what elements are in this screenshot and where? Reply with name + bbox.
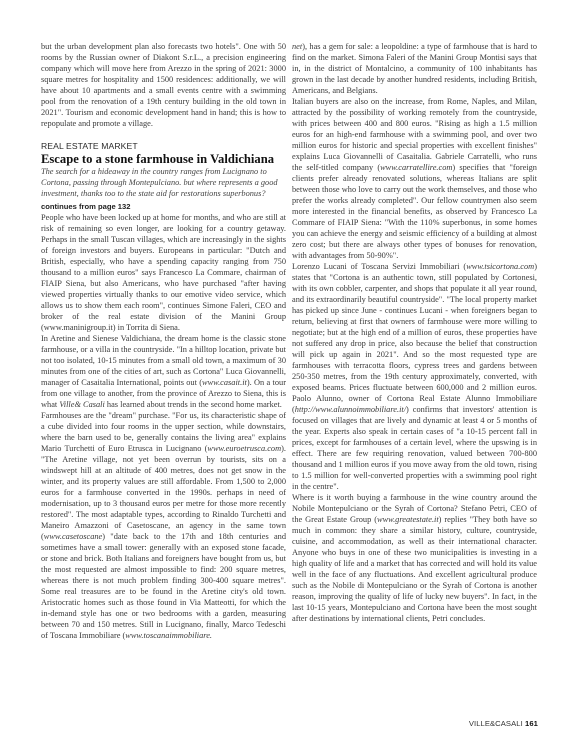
body-paragraph: net), has a gem for sale: a leopoldine: …	[292, 41, 537, 96]
article-headline: Escape to a stone farmhouse in Valdichia…	[41, 152, 286, 166]
body-paragraph: Farmhouses are the "dream" purchase. "Fo…	[41, 410, 286, 641]
body-paragraph: In Aretine and Sienese Valdichiana, the …	[41, 333, 286, 410]
website-link[interactable]: www.casetoscane	[44, 532, 102, 541]
website-link[interactable]: net	[292, 42, 302, 51]
body-paragraph: Lorenzo Lucani of Toscana Servizi Immobi…	[292, 261, 537, 492]
right-column: net), has a gem for sale: a leopoldine: …	[292, 41, 537, 624]
website-link[interactable]: www.toscanaimmobiliare.	[125, 631, 212, 640]
continues-from-label: continues from page 132	[41, 201, 286, 212]
website-link[interactable]: www.euroetrusca.com	[207, 444, 281, 453]
magazine-name: Ville& Casali	[59, 400, 105, 409]
website-link[interactable]: www.greatestate.it	[377, 515, 439, 524]
intro-paragraph: but the urban development plan also fore…	[41, 41, 286, 129]
website-link[interactable]: www.tsicortona.com	[466, 262, 534, 271]
body-paragraph: Italian buyers are also on the increase,…	[292, 96, 537, 261]
magazine-page: but the urban development plan also fore…	[0, 0, 580, 749]
body-paragraph: Where is it worth buying a farmhouse in …	[292, 492, 537, 624]
article-standfirst: The search for a hideaway in the country…	[41, 166, 286, 199]
page-number: 161	[525, 719, 538, 728]
website-link[interactable]: www.carratellire.com	[380, 163, 452, 172]
left-column: but the urban development plan also fore…	[41, 41, 286, 641]
page-footer: VILLE&CASALI 161	[469, 719, 538, 728]
body-paragraph: People who have been locked up at home f…	[41, 212, 286, 333]
website-link[interactable]: www.casait.it	[202, 378, 247, 387]
website-link[interactable]: http://www.alunnoimmobiliare.it/	[295, 405, 406, 414]
section-label: REAL ESTATE MARKET	[41, 141, 286, 152]
footer-magazine-name: VILLE&CASALI	[469, 719, 523, 728]
